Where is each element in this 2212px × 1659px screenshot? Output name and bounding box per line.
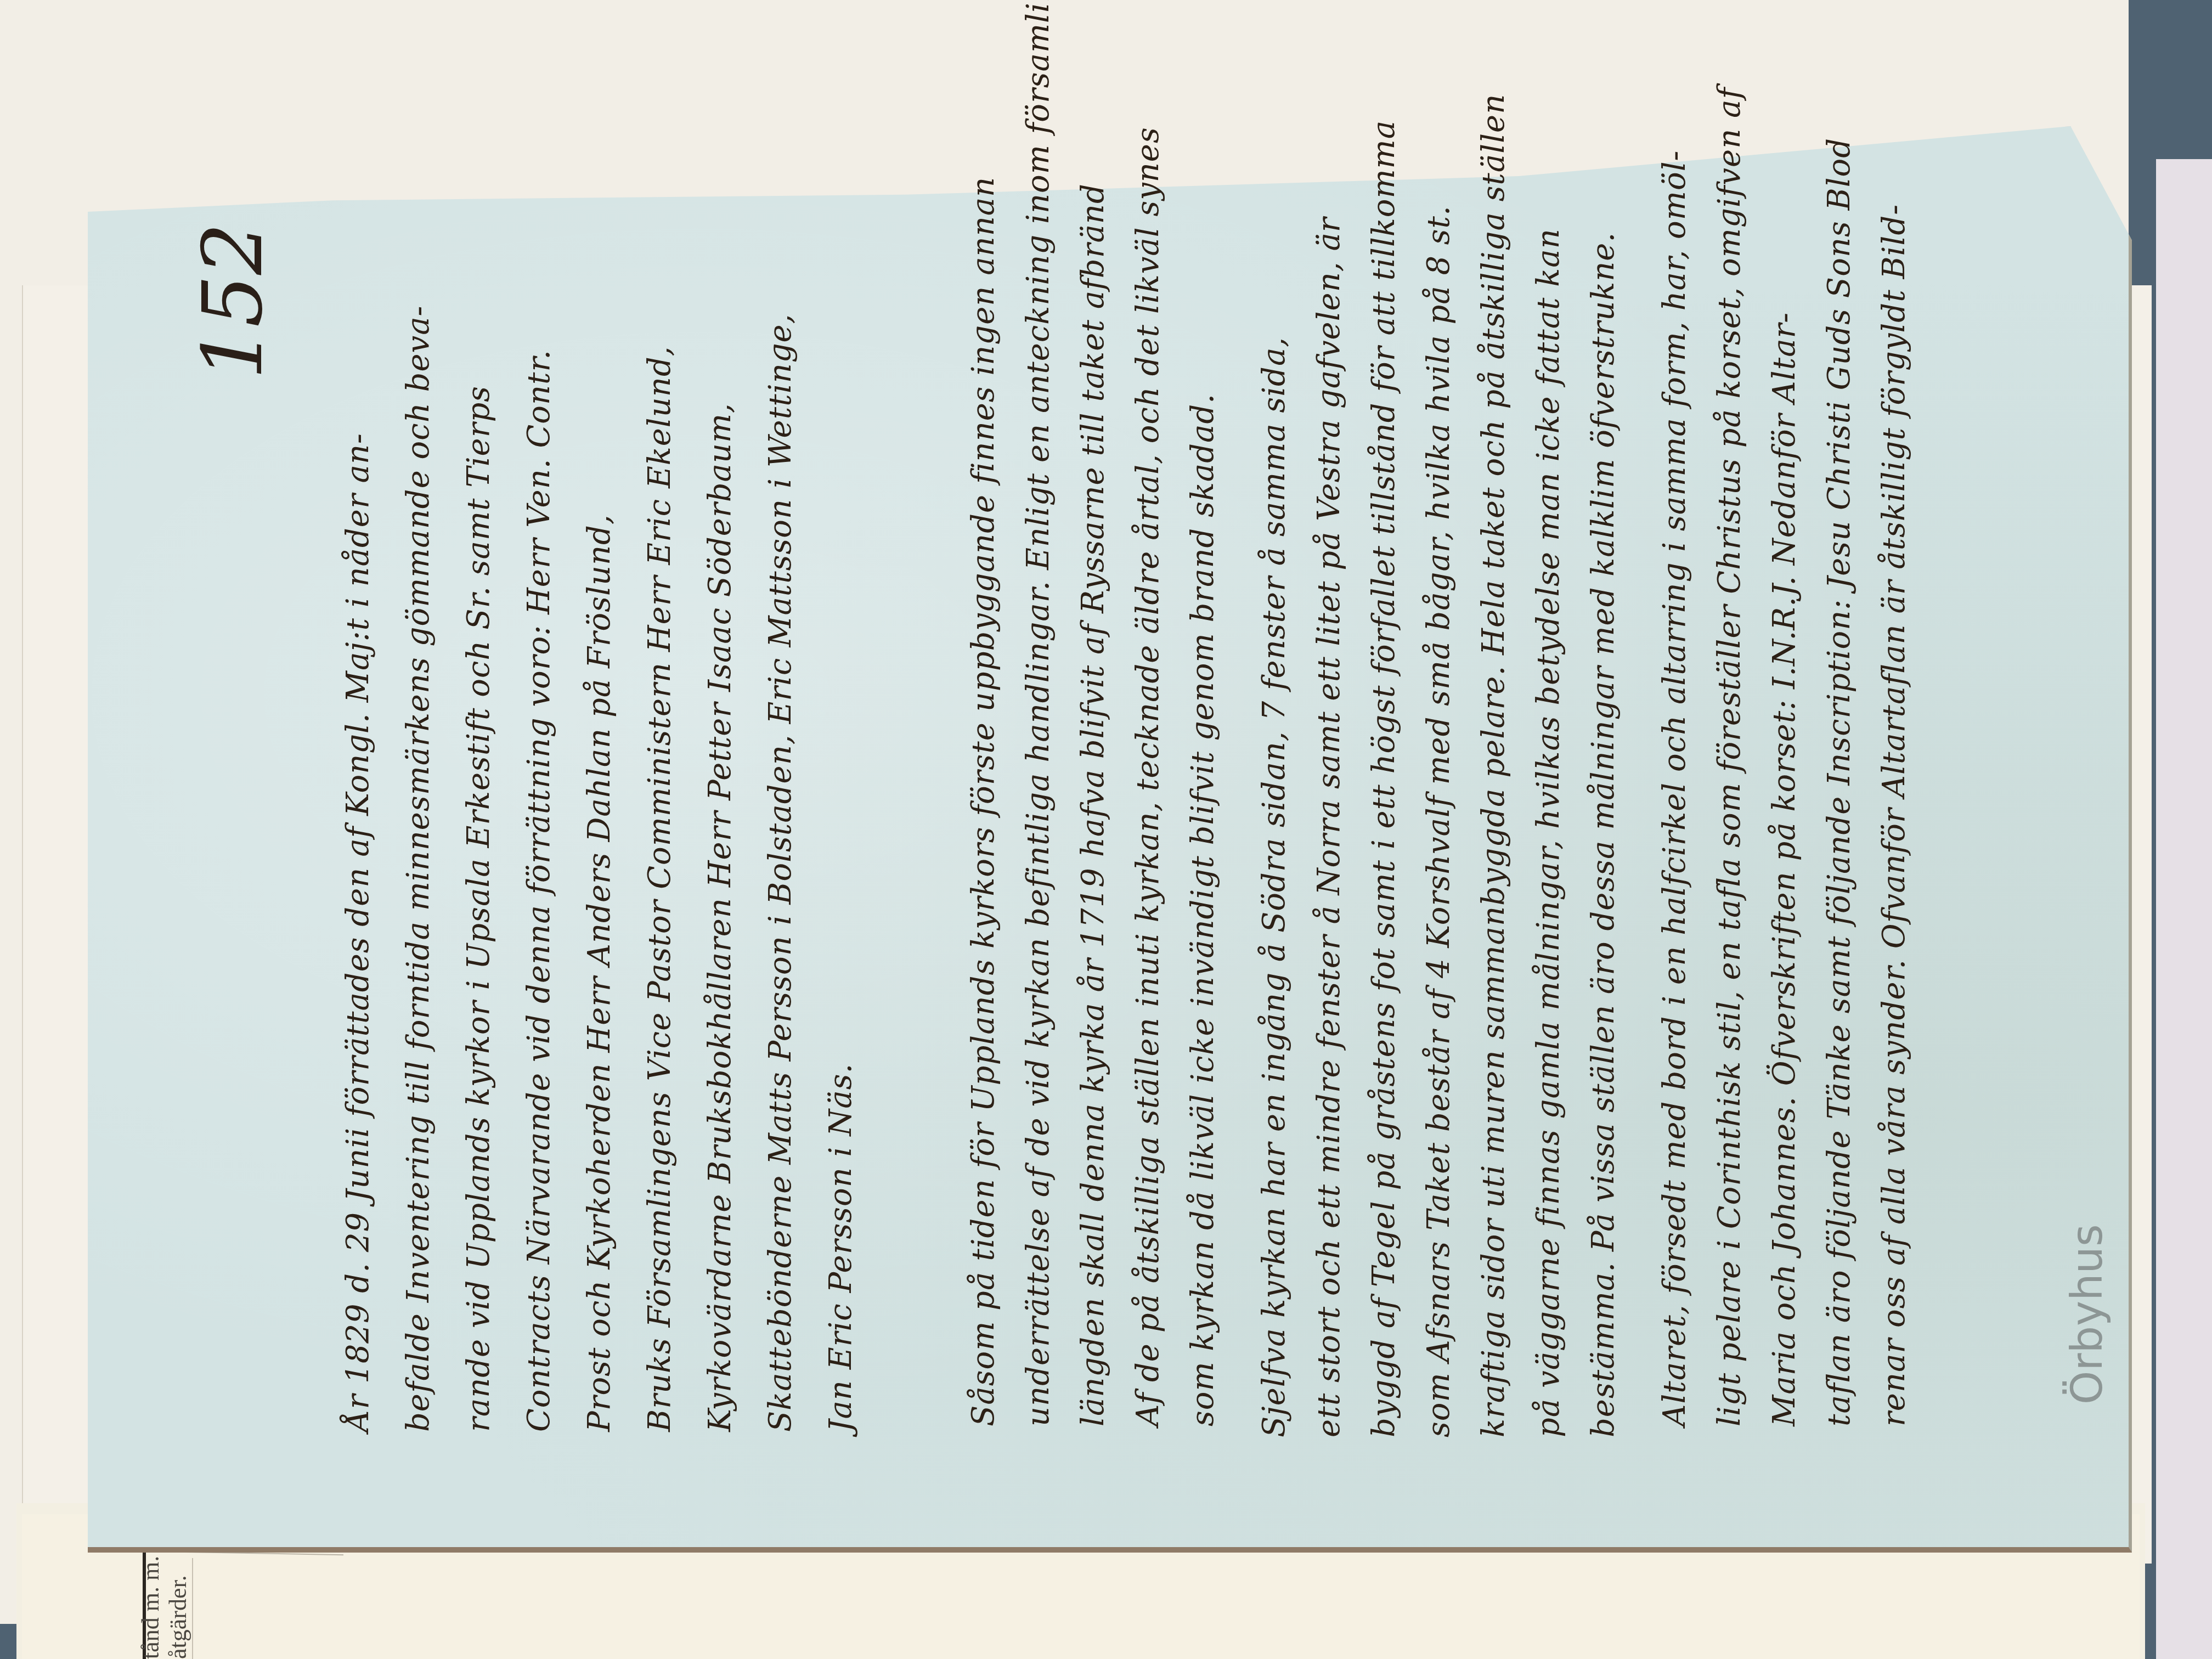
manuscript-line: Altaret, försedt med bord i en halfcirke… [1657,150,1692,1426]
manuscript-line: Bruks Församlingens Vice Pastor Comminis… [642,346,678,1432]
form-text-line: tånd m. m. [137,1556,165,1659]
manuscript-line: Contracts Närvarande vid denna förrättni… [521,349,557,1432]
pencil-annotation: Örbyhus [2063,1224,2112,1404]
manuscript-line: befalde Inventering till forntida minnes… [400,306,436,1432]
manuscript-line: Kyrkovärdarne Bruksbokhållaren Herr Pett… [702,403,738,1432]
manuscript-line: underrättelse af de vid kyrkan befintlig… [1020,0,1056,1426]
manuscript-line: rande vid Upplands kyrkor i Upsala Erkes… [461,386,496,1432]
manuscript-line: Maria och Johannes. Öfverskriften på kor… [1767,312,1802,1426]
manuscript-line: byggd af Tegel på gråstens fot samt i et… [1366,120,1402,1437]
manuscript-line: År 1829 d. 29 Junii förrättades den af K… [340,433,376,1432]
manuscript-line: Af de på åtskilliga ställen inuti kyrkan… [1130,127,1166,1426]
manuscript-line: ett stort och ett mindre fenster å Norra… [1311,217,1347,1437]
manuscript-line: Jan Eric Persson i Näs. [823,1063,859,1432]
lavender-sheet [2156,159,2212,1659]
manuscript-line: taflan äro följande Tänke samt följande … [1821,138,1857,1426]
form-column-rule [192,1558,193,1659]
manuscript-line: Prost och Kyrkoherden Herr Anders Dahlan… [582,514,617,1432]
manuscript-line: bestämma. På vissa ställen äro dessa mål… [1585,232,1621,1437]
manuscript-line: som Afsnars Taket består af 4 Korshvalf … [1421,205,1457,1437]
manuscript-line: längden skall denna kyrka år 1719 hafva … [1075,183,1111,1426]
manuscript-line: Såsom på tiden för Upplands kyrkors förs… [966,177,1001,1426]
form-printed-text: tånd m. m. åtgärder. [137,1556,192,1659]
page-number: 152 [185,242,281,380]
form-text-line: åtgärder. [165,1556,192,1659]
manuscript-line: renar oss af alla våra synder. Ofvanför … [1876,204,1912,1426]
manuscript-line: Sjelfva kyrkan har en ingång å Södra sid… [1256,337,1292,1437]
manuscript-line: Skattebönderne Matts Persson i Bolstaden… [763,313,798,1432]
manuscript-line: som kyrkan då likväl icke invändigt blif… [1185,393,1221,1426]
manuscript-line: kraftiga sidor uti muren sammanbyggda pe… [1476,94,1511,1437]
manuscript-line: på väggarne finnas gamla målningar, hvil… [1531,228,1566,1437]
manuscript-line: ligt pelare i Corinthisk stil, en tafla … [1712,87,1747,1426]
